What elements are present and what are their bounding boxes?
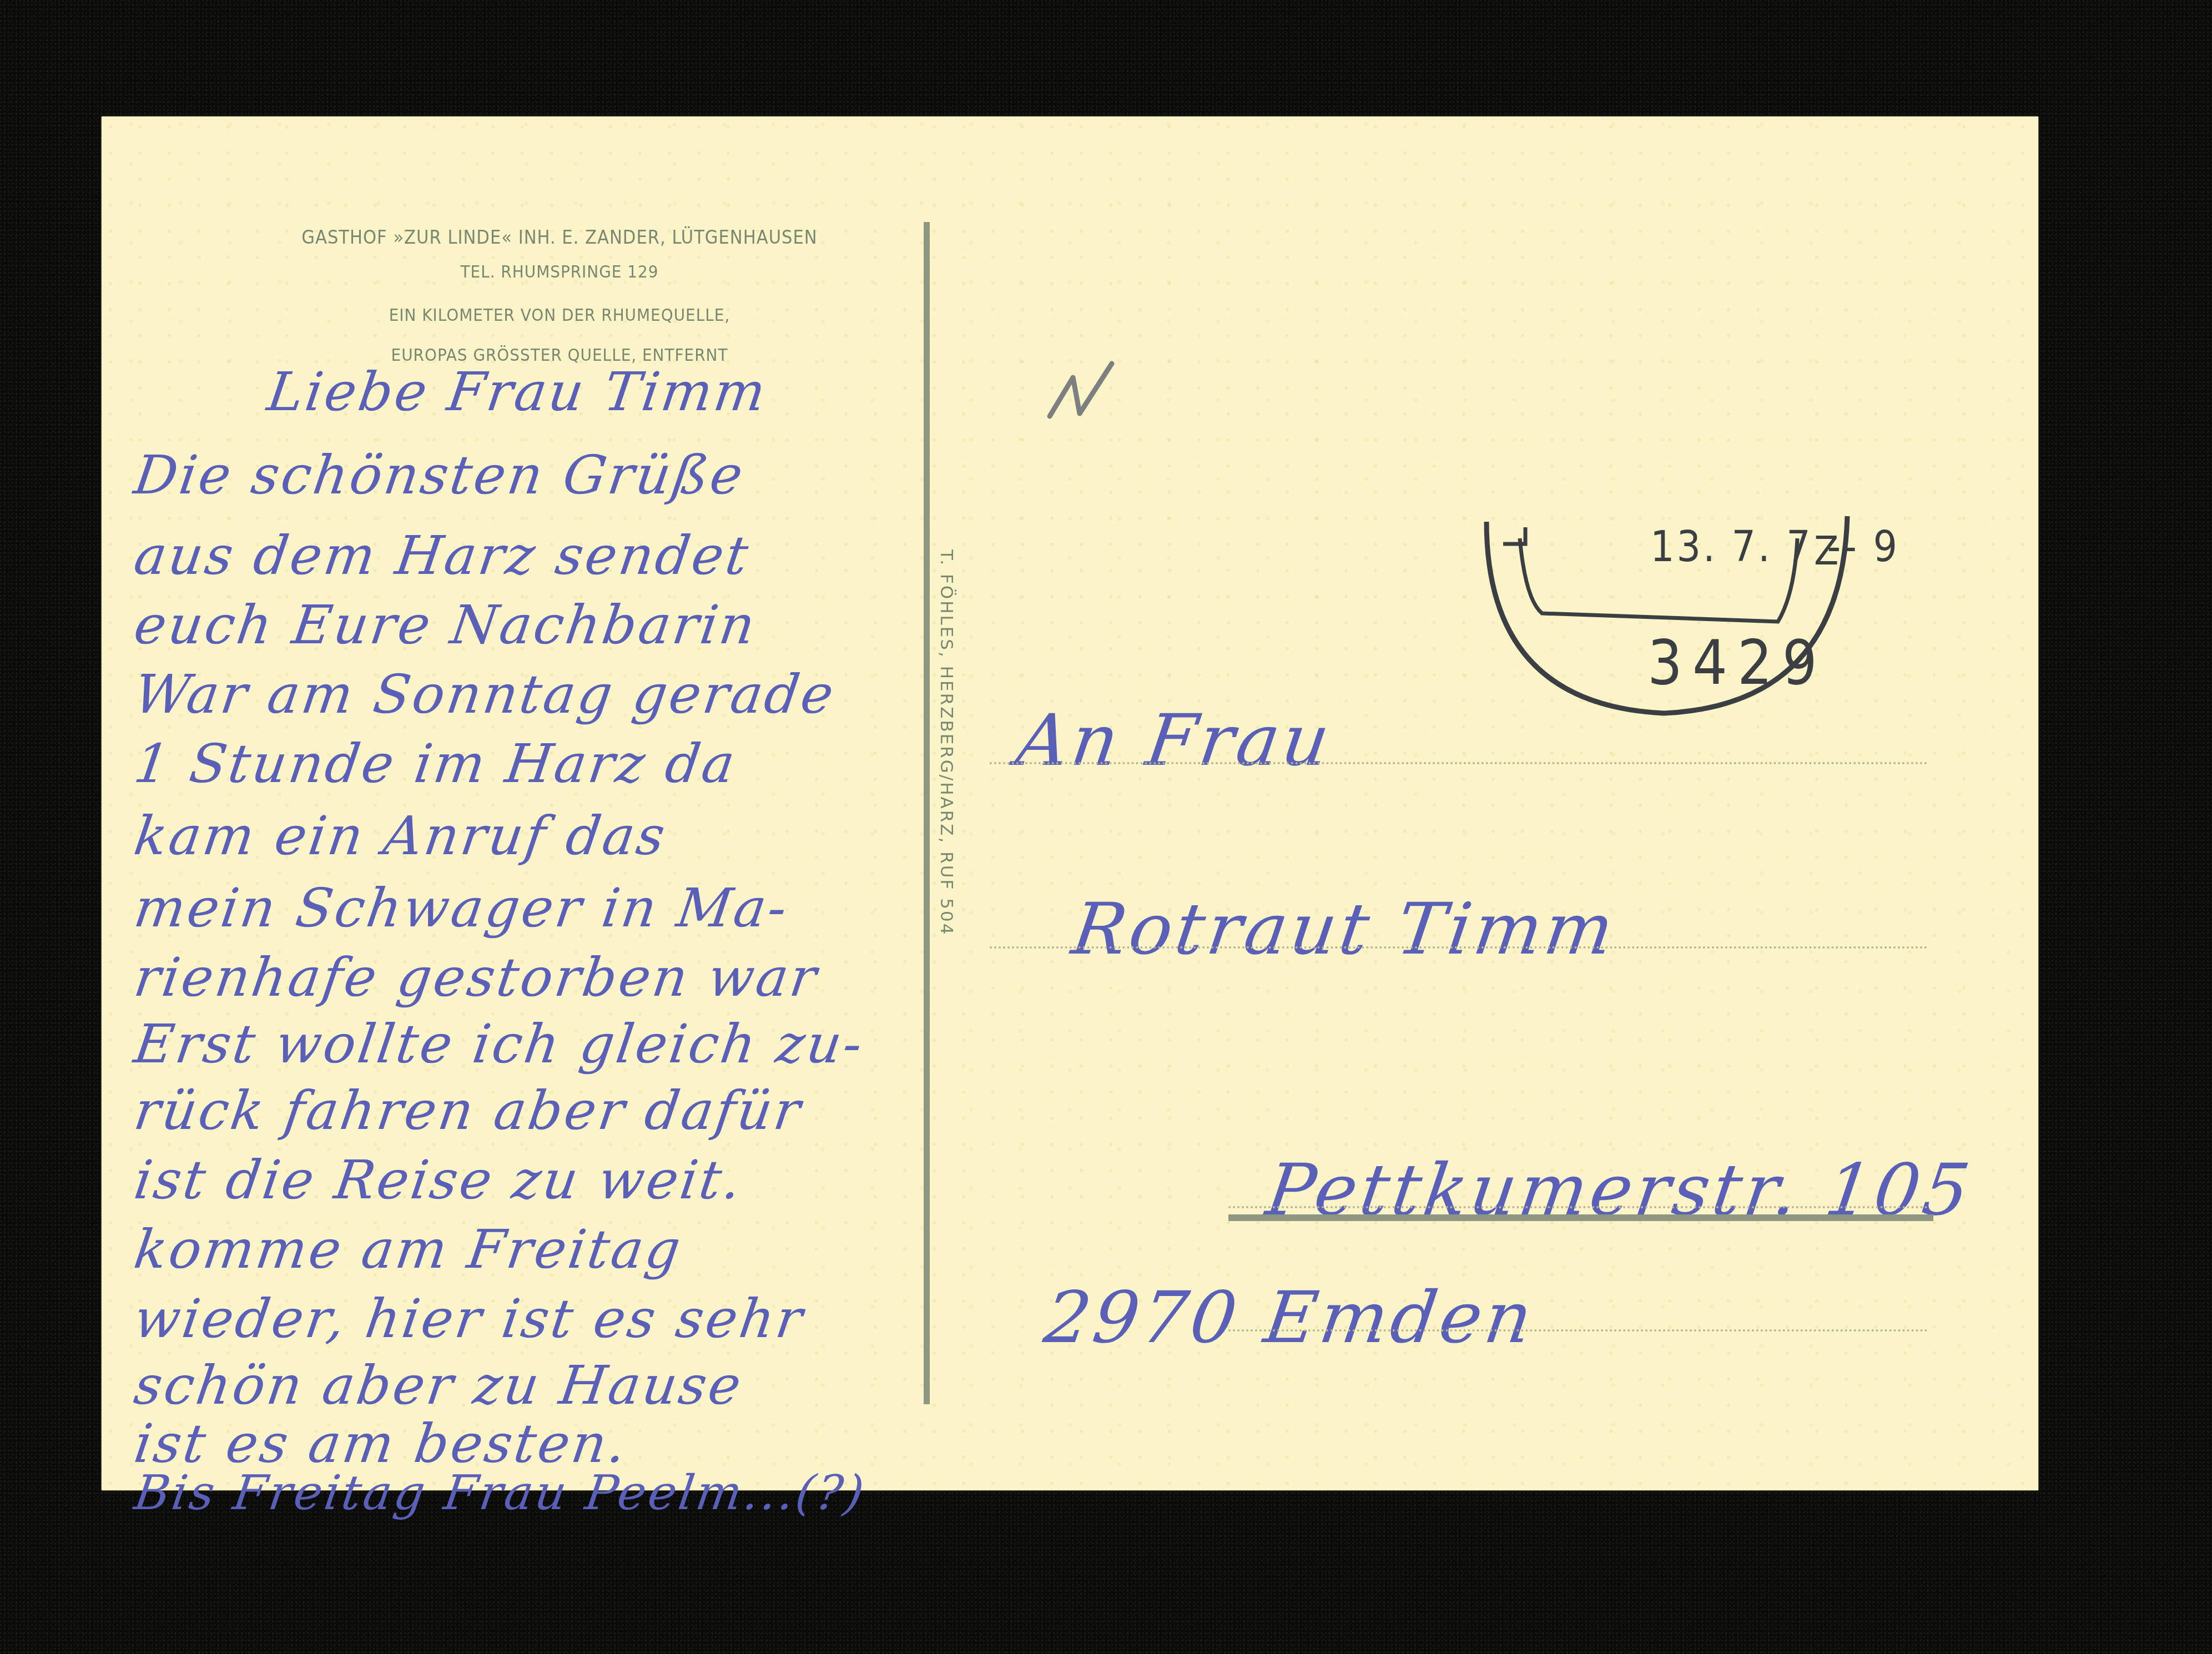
- message-line: rück fahren aber dafür: [130, 1080, 806, 1142]
- address-line-3: [1228, 1206, 1928, 1208]
- pencil-n-mark-icon: [1045, 361, 1117, 422]
- message-line: rienhafe gestorben war: [130, 946, 823, 1008]
- printed-header-line-3: EIN KILOMETER VON DER RHUMEQUELLE,: [152, 305, 968, 325]
- message-line: ist die Reise zu weit.: [130, 1149, 747, 1211]
- address-line-4: [1228, 1329, 1928, 1332]
- message-line: 1 Stunde im Harz da: [130, 733, 740, 795]
- message-line: euch Eure Nachbarin: [130, 594, 761, 656]
- printed-header-line-2: TEL. RHUMSPRINGE 129: [152, 262, 968, 282]
- message-line: komme am Freitag: [130, 1218, 686, 1280]
- message-line: Erst wollte ich gleich zu-: [130, 1013, 868, 1075]
- address-underline-bar: [1228, 1214, 1933, 1221]
- message-line: Die schönsten Grüße: [130, 444, 749, 506]
- address-city: 2970 Emden: [1040, 1277, 1540, 1359]
- postcard-back: GASTHOF »ZUR LINDE« INH. E. ZANDER, LÜTG…: [102, 117, 2038, 1490]
- message-line: aus dem Harz sendet: [130, 525, 754, 587]
- message-line: schön aber zu Hause: [130, 1354, 747, 1416]
- message-line: mein Schwager in Ma-: [130, 877, 793, 939]
- message-line: wieder, hier ist es sehr: [130, 1288, 808, 1350]
- printed-header-line-1: GASTHOF »ZUR LINDE« INH. E. ZANDER, LÜTG…: [152, 226, 968, 249]
- postmark-date: 13. 7. 7 -- 9: [1650, 522, 1899, 571]
- message-line: Bis Freitag Frau Peelm...(?): [131, 1465, 869, 1521]
- address-name: Rotraut Timm: [1067, 888, 1622, 971]
- message-line: Liebe Frau Timm: [264, 361, 772, 423]
- postmark-letter: Z: [1814, 527, 1838, 574]
- message-line: War am Sonntag gerade: [130, 663, 839, 725]
- postmark-stamp: 13. 7. 7 -- 9 Z 3429: [1464, 483, 1864, 722]
- printer-credit: T. FÖHLES, HERZBERG/HARZ, RUF 504: [934, 549, 956, 1049]
- address-line-1: [990, 762, 1928, 764]
- address-salutation: An Frau: [1012, 699, 1338, 782]
- vertical-divider: [924, 222, 930, 1404]
- address-line-2: [990, 946, 1928, 949]
- postmark-postal-code: 3429: [1647, 627, 1827, 698]
- message-line: kam ein Anruf das: [130, 805, 671, 867]
